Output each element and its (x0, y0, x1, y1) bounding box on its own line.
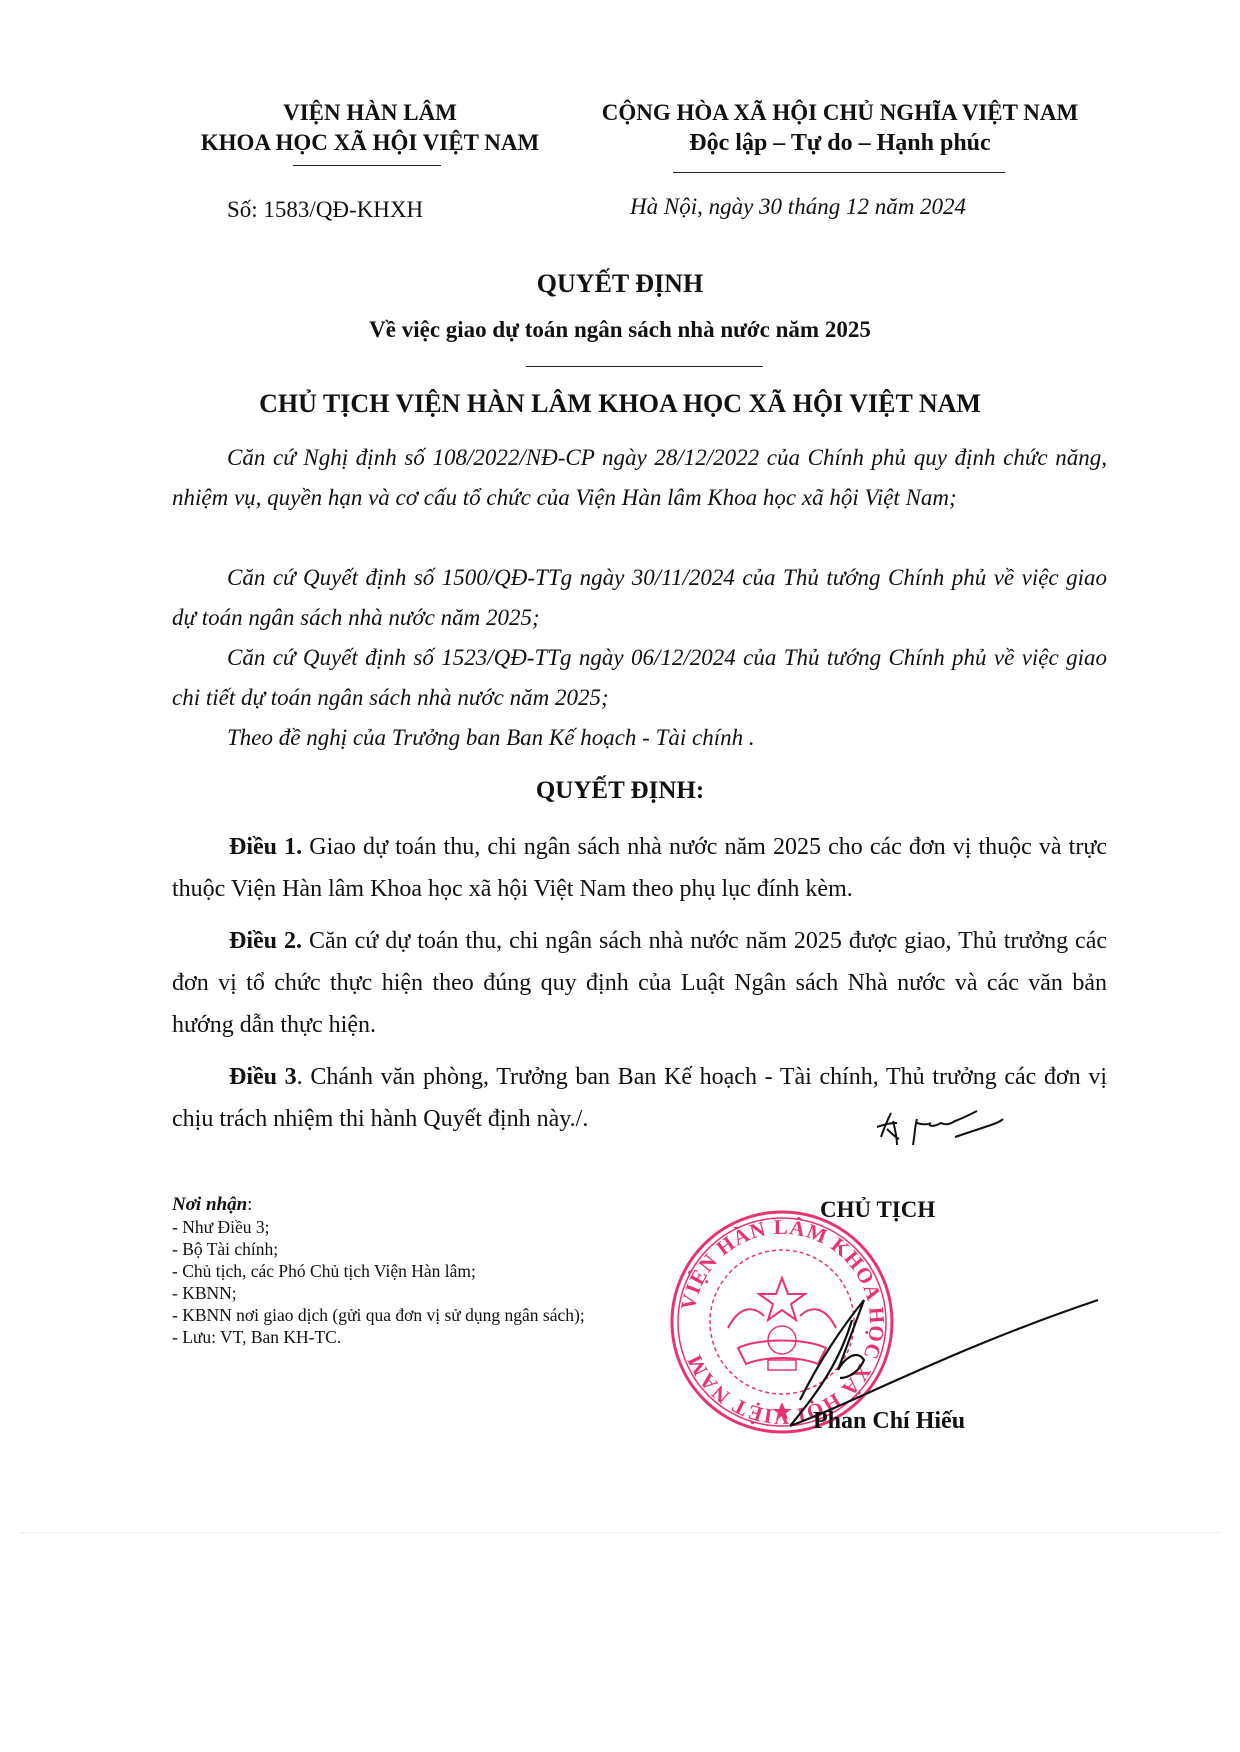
recipient-item: - Chủ tịch, các Phó Chủ tịch Viện Hàn lâ… (172, 1260, 632, 1282)
article-label: Điều 3 (229, 1064, 297, 1090)
issuing-agency: VIỆN HÀN LÂM KHOA HỌC XÃ HỘI VIỆT NAM (150, 98, 590, 158)
legal-basis-4: Theo đề nghị của Trưởng ban Ban Kế hoạch… (172, 718, 1107, 758)
document-type-title: QUYẾT ĐỊNH (0, 269, 1240, 299)
motto-underline (673, 172, 1005, 173)
state-name: CỘNG HÒA XÃ HỘI CHỦ NGHĨA VIỆT NAM (560, 98, 1120, 128)
recipient-item: - Lưu: VT, Ban KH-TC. (172, 1326, 632, 1348)
decision-heading: QUYẾT ĐỊNH: (0, 777, 1240, 805)
recipients-heading: Nơi nhận (172, 1194, 247, 1215)
document-number: Số: 1583/QĐ-KHXH (227, 197, 423, 223)
document-subject: Về việc giao dự toán ngân sách nhà nước … (0, 317, 1240, 343)
national-header: CỘNG HÒA XÃ HỘI CHỦ NGHĨA VIỆT NAM Độc l… (560, 98, 1120, 158)
subject-underline (526, 366, 763, 367)
recipients-list: Nơi nhận: - Như Điều 3; - Bộ Tài chính; … (172, 1194, 632, 1348)
signer-name: Phan Chí Hiếu (813, 1408, 965, 1435)
legal-basis-3: Căn cứ Quyết định số 1523/QĐ-TTg ngày 06… (172, 638, 1107, 718)
initials-handwriting-icon (873, 1103, 1013, 1148)
recipient-item: - Bộ Tài chính; (172, 1238, 632, 1260)
legal-basis-1: Căn cứ Nghị định số 108/2022/NĐ-CP ngày … (172, 438, 1107, 518)
agency-line-1: VIỆN HÀN LÂM (150, 98, 590, 128)
article-label: Điều 2. (229, 928, 302, 954)
article-2: Điều 2. Căn cứ dự toán thu, chi ngân sác… (172, 920, 1107, 1046)
agency-underline (293, 165, 441, 166)
agency-line-2: KHOA HỌC XÃ HỘI VIỆT NAM (150, 128, 590, 158)
article-label: Điều 1. (229, 834, 302, 860)
recipient-item: - KBNN nơi giao dịch (gửi qua đơn vị sử … (172, 1304, 632, 1326)
place-date: Hà Nội, ngày 30 tháng 12 năm 2024 (630, 194, 966, 220)
issuing-authority: CHỦ TỊCH VIỆN HÀN LÂM KHOA HỌC XÃ HỘI VI… (0, 389, 1240, 419)
recipient-item: - KBNN; (172, 1282, 632, 1304)
article-text: Giao dự toán thu, chi ngân sách nhà nước… (172, 834, 1107, 902)
scan-artifact-divider (20, 1532, 1220, 1533)
state-motto: Độc lập – Tự do – Hạnh phúc (560, 128, 1120, 158)
recipient-item: - Như Điều 3; (172, 1216, 632, 1238)
legal-basis-2: Căn cứ Quyết định số 1500/QĐ-TTg ngày 30… (172, 558, 1107, 638)
article-1: Điều 1. Giao dự toán thu, chi ngân sách … (172, 826, 1107, 910)
article-text: Căn cứ dự toán thu, chi ngân sách nhà nư… (172, 928, 1107, 1038)
